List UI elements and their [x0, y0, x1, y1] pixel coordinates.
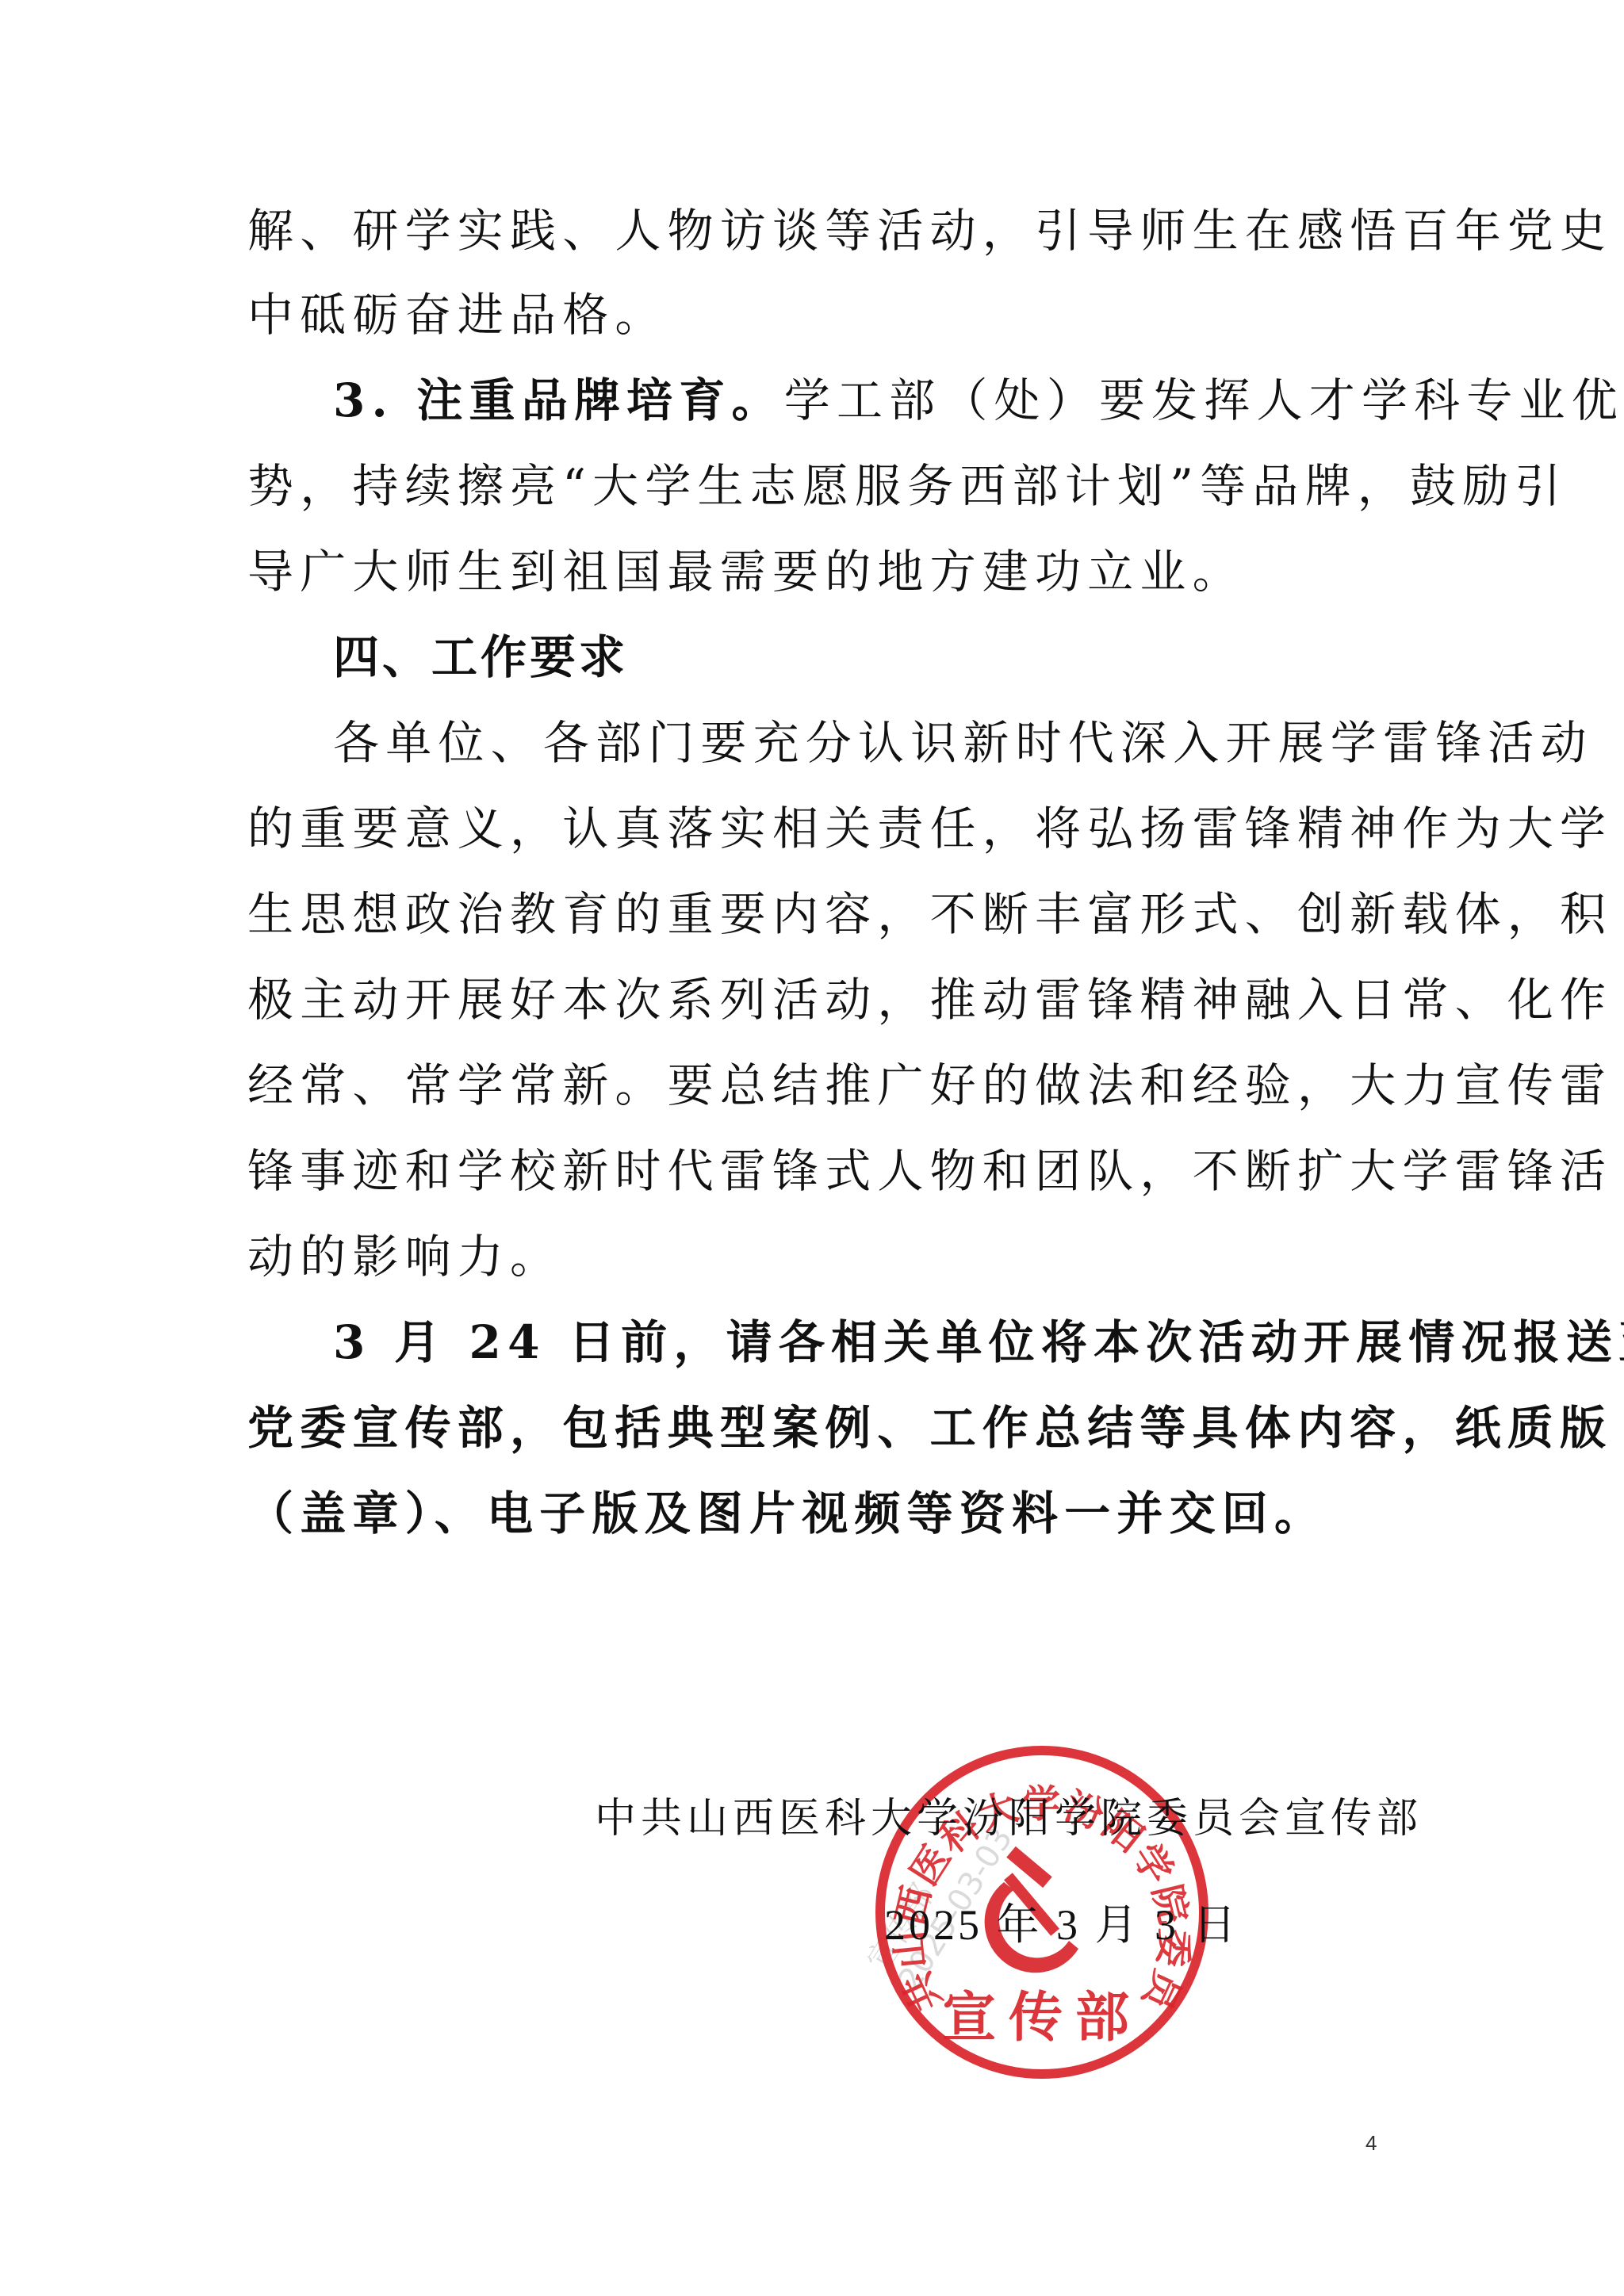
- requirements-line-1: 各单位、各部门要充分认识新时代深入开展学雷锋活动: [333, 715, 1373, 771]
- paragraph-continuation-line-1: 解、研学实践、人物访谈等活动，引导师生在感悟百年党史: [247, 203, 1373, 258]
- deadline-line-1: 3 月 24 日前，请各相关单位将本次活动开展情况报送至: [333, 1314, 1373, 1370]
- seal-center-text: 宣传部: [942, 1987, 1142, 2049]
- item-3-title: 3. 注重品牌培育。: [333, 373, 784, 427]
- item-3-line-3: 导广大师生到祖国最需要的地方建功立业。: [247, 544, 1373, 599]
- signature-date: 2025 年 3 月 3 日: [884, 1900, 1239, 1950]
- requirements-line-6: 锋事迹和学校新时代雷锋式人物和团队，不断扩大学雷锋活: [247, 1143, 1373, 1199]
- requirements-line-4: 极主动开展好本次系列活动，推动雷锋精神融入日常、化作: [247, 972, 1373, 1027]
- item-3-text: 学工部（处）要发挥人才学科专业优: [784, 373, 1624, 427]
- page-number: 4: [1365, 2131, 1377, 2156]
- section-heading-work-requirements: 四、工作要求: [333, 629, 1373, 685]
- deadline-line-2: 党委宣传部，包括典型案例、工作总结等具体内容，纸质版: [247, 1400, 1373, 1456]
- document-page: 解、研学实践、人物访谈等活动，引导师生在感悟百年党史 中砥砺奋进品格。 3. 注…: [0, 0, 1624, 2296]
- requirements-line-5: 经常、常学常新。要总结推广好的做法和经验，大力宣传雷: [247, 1058, 1373, 1113]
- requirements-line-2: 的重要意义，认真落实相关责任，将弘扬雷锋精神作为大学: [247, 801, 1373, 856]
- requirements-line-7: 动的影响力。: [247, 1229, 1373, 1284]
- signature-organization: 中共山西医科大学汾阳学院委员会宣传部: [595, 1793, 1423, 1844]
- item-3-line-1: 3. 注重品牌培育。学工部（处）要发挥人才学科专业优: [333, 373, 1373, 428]
- item-3-line-2: 势，持续擦亮“大学生志愿服务西部计划”等品牌，鼓励引: [247, 458, 1373, 514]
- deadline-line-3: （盖章）、电子版及图片视频等资料一并交回。: [247, 1486, 1373, 1541]
- requirements-line-3: 生思想政治教育的重要内容，不断丰富形式、创新载体，积: [247, 886, 1373, 942]
- paragraph-continuation-line-2: 中砥砺奋进品格。: [247, 287, 1373, 342]
